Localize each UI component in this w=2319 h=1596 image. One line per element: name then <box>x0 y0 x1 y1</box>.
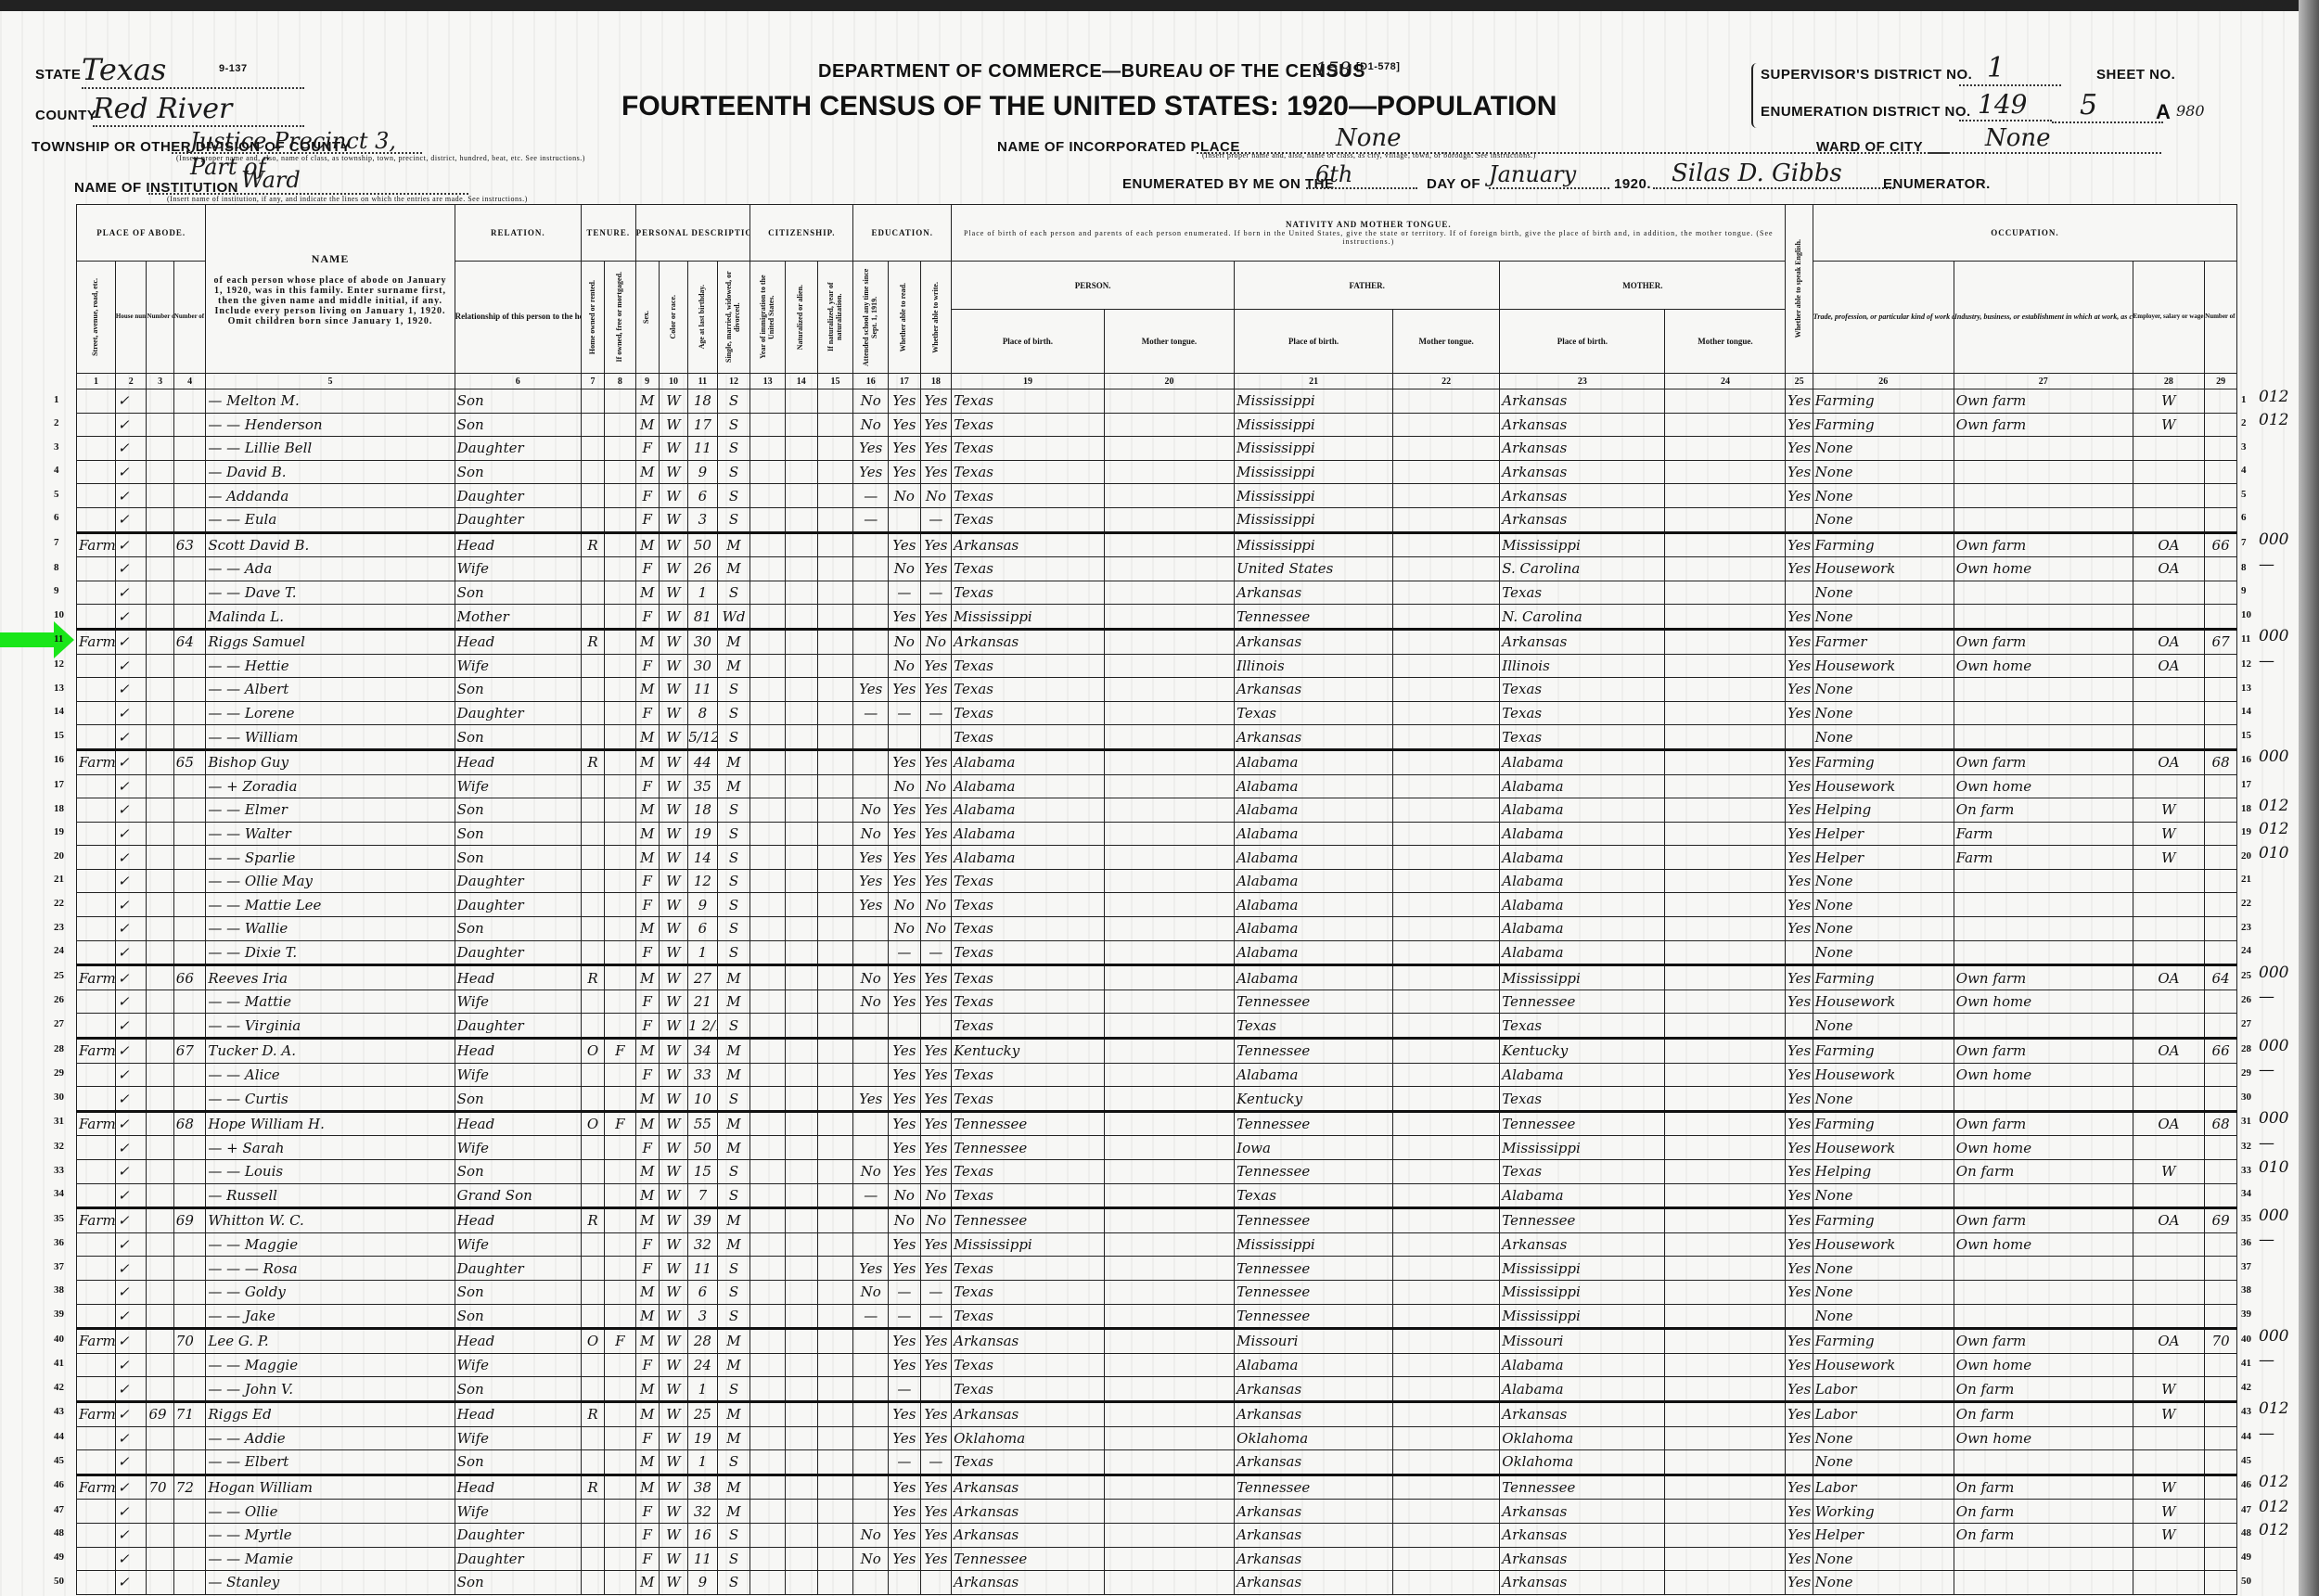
attended-school-cell <box>853 1039 889 1064</box>
naturalized-cell <box>786 1063 818 1087</box>
street-cell <box>77 1377 116 1402</box>
farm-schedule-cell <box>2205 1475 2237 1500</box>
father-tongue-cell <box>1392 629 1499 654</box>
father-birthplace-cell: Illinois <box>1235 654 1393 678</box>
attended-school-cell <box>853 1450 889 1475</box>
naturalized-cell <box>786 869 818 893</box>
mother-mother-tongue-cell <box>1665 725 1786 750</box>
family-number-cell <box>173 389 206 414</box>
naturalized-cell <box>786 437 818 461</box>
father-tongue-cell <box>1392 725 1499 750</box>
home-owned-cell <box>581 1571 604 1595</box>
home-owned-cell <box>581 1500 604 1524</box>
can-read-cell: Yes <box>889 1111 921 1136</box>
speaks-english-cell: Yes <box>1786 846 1813 870</box>
race-cell: W <box>659 701 687 725</box>
row-number-left: 25 <box>54 970 64 981</box>
farm-schedule-cell <box>2205 846 2237 870</box>
stamp-number: 158 <box>1315 57 1351 80</box>
table-row: ✓— — MamieDaughterFW11SNoYesYesTennessee… <box>77 1547 2237 1571</box>
sex-cell: M <box>635 1571 659 1595</box>
immigration-year-cell <box>750 1111 786 1136</box>
mother-mother-tongue-cell <box>1665 774 1786 798</box>
house-number-cell: ✓ <box>115 725 147 750</box>
mother-mother-tongue-cell <box>1665 1547 1786 1571</box>
father-birthplace-cell: Alabama <box>1235 940 1393 965</box>
employer-class-cell <box>2133 1232 2205 1257</box>
can-write-cell: — <box>920 701 952 725</box>
can-write-cell: Yes <box>920 1232 952 1257</box>
immigration-year-cell <box>750 605 786 630</box>
race-cell: W <box>659 557 687 581</box>
farm-schedule-cell <box>2205 990 2237 1014</box>
census-sheet: STATE Texas COUNTY Red River TOWNSHIP OR… <box>0 0 2319 1596</box>
dwelling-number-cell <box>147 846 173 870</box>
father-tongue-cell <box>1392 678 1499 702</box>
dwelling-number-cell <box>147 532 173 557</box>
dwelling-number-cell <box>147 1377 173 1402</box>
row-number-left: 6 <box>54 512 59 523</box>
speaks-english-cell: Yes <box>1786 749 1813 774</box>
row-number-left: 31 <box>54 1116 64 1127</box>
street-cell <box>77 846 116 870</box>
farm-schedule-cell <box>2205 725 2237 750</box>
row-number-left: 38 <box>54 1284 64 1296</box>
father-birthplace-cell: Tennessee <box>1235 1111 1393 1136</box>
street-cell <box>77 507 116 532</box>
sheet-value: 5 <box>2052 89 2163 123</box>
col-1-header: Street, avenue, road, etc. <box>77 262 116 374</box>
race-cell: W <box>659 413 687 437</box>
mother-birthplace-cell: Mississippi <box>1500 1280 1665 1304</box>
industry-cell <box>1954 917 2133 941</box>
house-number-cell: ✓ <box>115 917 147 941</box>
can-write-cell: Yes <box>920 822 952 846</box>
can-write-cell: No <box>920 1183 952 1208</box>
speaks-english-cell: Yes <box>1786 1087 1813 1112</box>
employer-class-cell <box>2133 1063 2205 1087</box>
street-cell <box>77 1136 116 1160</box>
employer-class-cell <box>2133 725 2205 750</box>
can-write-cell: Yes <box>920 1475 952 1500</box>
industry-cell <box>1954 1280 2133 1304</box>
can-write-cell: Yes <box>920 557 952 581</box>
mother-birthplace-cell: N. Carolina <box>1500 605 1665 630</box>
family-number-cell: 66 <box>173 965 206 990</box>
column-number: 13 <box>750 374 786 389</box>
can-write-cell: Yes <box>920 1329 952 1354</box>
can-read-cell: Yes <box>889 990 921 1014</box>
family-number-cell: 63 <box>173 532 206 557</box>
naturalization-year-cell <box>817 484 853 508</box>
free-mortgaged-cell <box>605 1377 636 1402</box>
trade-cell: Labor <box>1813 1401 1954 1426</box>
person-name-cell: Reeves Iria <box>206 965 455 990</box>
speaks-english-cell: Yes <box>1786 1426 1813 1450</box>
immigration-year-cell <box>750 1500 786 1524</box>
industry-cell: On farm <box>1954 1523 2133 1547</box>
farm-schedule-cell <box>2205 1160 2237 1184</box>
speaks-english-cell: Yes <box>1786 389 1813 414</box>
father-birthplace-cell: Arkansas <box>1235 1450 1393 1475</box>
free-mortgaged-cell <box>605 1280 636 1304</box>
row-number-left: 41 <box>54 1358 64 1369</box>
naturalization-year-cell <box>817 1500 853 1524</box>
person-name-cell: — Stanley <box>206 1571 455 1595</box>
mother-mother-tongue-cell <box>1665 822 1786 846</box>
mother-mother-tongue-cell <box>1665 484 1786 508</box>
marital-status-cell: M <box>717 1329 750 1354</box>
free-mortgaged-cell <box>605 917 636 941</box>
col-4-header: Number of family in order of visitation. <box>173 262 206 374</box>
street-cell: Farm <box>77 1475 116 1500</box>
relationship-cell: Son <box>455 1087 581 1112</box>
home-owned-cell <box>581 774 604 798</box>
col-25-header: Whether able to speak English. <box>1786 205 1813 374</box>
row-number-left: 29 <box>54 1067 64 1079</box>
trade-cell: Farming <box>1813 1039 1954 1064</box>
mother-birthplace-cell: Texas <box>1500 1160 1665 1184</box>
table-row: ✓— AddandaDaughterFW6S—NoNoTexasMississi… <box>77 484 2237 508</box>
can-read-cell: Yes <box>889 1160 921 1184</box>
naturalization-year-cell <box>817 507 853 532</box>
free-mortgaged-cell <box>605 990 636 1014</box>
immigration-year-cell <box>750 1087 786 1112</box>
naturalization-year-cell <box>817 940 853 965</box>
birthplace-cell: Arkansas <box>952 629 1105 654</box>
naturalized-cell <box>786 893 818 917</box>
industry-cell <box>1954 678 2133 702</box>
street-cell <box>77 581 116 605</box>
mother-birthplace-cell: Arkansas <box>1500 460 1665 484</box>
trade-cell: Farmer <box>1813 629 1954 654</box>
col-14-header: Naturalized or alien. <box>786 262 818 374</box>
home-owned-cell <box>581 1426 604 1450</box>
column-number: 16 <box>853 374 889 389</box>
sex-cell: M <box>635 1087 659 1112</box>
mother-tongue-cell <box>1104 1500 1234 1524</box>
age-cell: 34 <box>688 1039 717 1064</box>
house-number-cell: ✓ <box>115 654 147 678</box>
relationship-cell: Daughter <box>455 1257 581 1281</box>
free-mortgaged-cell: F <box>605 1039 636 1064</box>
dwelling-number-cell <box>147 1450 173 1475</box>
house-number-cell: ✓ <box>115 965 147 990</box>
attended-school-cell: Yes <box>853 460 889 484</box>
column-number: 19 <box>952 374 1105 389</box>
free-mortgaged-cell <box>605 1232 636 1257</box>
mother-tongue-cell <box>1104 846 1234 870</box>
institution-value: Ward <box>148 167 468 195</box>
column-number: 8 <box>605 374 636 389</box>
can-read-cell: Yes <box>889 1039 921 1064</box>
can-write-cell: — <box>920 1304 952 1329</box>
street-cell <box>77 990 116 1014</box>
industry-cell <box>1954 1257 2133 1281</box>
sex-cell: F <box>635 605 659 630</box>
house-number-cell: ✓ <box>115 1280 147 1304</box>
occupation-code: 012 <box>2259 797 2288 815</box>
naturalization-year-cell <box>817 869 853 893</box>
naturalization-year-cell <box>817 798 853 823</box>
naturalization-year-cell <box>817 1450 853 1475</box>
home-owned-cell <box>581 869 604 893</box>
relationship-cell: Son <box>455 1450 581 1475</box>
street-cell <box>77 822 116 846</box>
document-title: FOURTEENTH CENSUS OF THE UNITED STATES: … <box>621 91 1557 122</box>
age-cell: 12 <box>688 869 717 893</box>
table-row: ✓— — AlbertSonMW11SYesYesYesTexasArkansa… <box>77 678 2237 702</box>
immigration-year-cell <box>750 1160 786 1184</box>
house-number-cell: ✓ <box>115 1063 147 1087</box>
speaks-english-cell: Yes <box>1786 1401 1813 1426</box>
naturalized-cell <box>786 389 818 414</box>
table-row: ✓— — VirginiaDaughterFW1 2/12STexasTexas… <box>77 1014 2237 1039</box>
column-number: 1 <box>77 374 116 389</box>
father-tongue-cell <box>1392 1232 1499 1257</box>
row-number-right: 30 <box>2241 1092 2251 1103</box>
age-cell: 6 <box>688 484 717 508</box>
street-cell <box>77 701 116 725</box>
occupation-code: 000 <box>2259 747 2288 766</box>
street-cell <box>77 1304 116 1329</box>
home-owned-cell: R <box>581 749 604 774</box>
mother-birthplace-cell: Texas <box>1500 1087 1665 1112</box>
father-birthplace-cell: Arkansas <box>1235 678 1393 702</box>
person-name-cell: — — Virginia <box>206 1014 455 1039</box>
immigration-year-cell <box>750 965 786 990</box>
race-cell: W <box>659 1280 687 1304</box>
age-cell: 19 <box>688 1426 717 1450</box>
col-27-header: Industry, business, or establishment in … <box>1954 262 2133 374</box>
column-number: 25 <box>1786 374 1813 389</box>
relationship-cell: Head <box>455 1111 581 1136</box>
free-mortgaged-cell <box>605 678 636 702</box>
employer-class-cell <box>2133 893 2205 917</box>
can-read-cell: Yes <box>889 1475 921 1500</box>
immigration-year-cell <box>750 917 786 941</box>
mother-mother-tongue-cell <box>1665 507 1786 532</box>
mother-birthplace-cell: Texas <box>1500 1014 1665 1039</box>
can-read-cell: Yes <box>889 678 921 702</box>
house-number-cell: ✓ <box>115 990 147 1014</box>
marital-status-cell: M <box>717 1063 750 1087</box>
birthplace-cell: Texas <box>952 654 1105 678</box>
sex-cell: M <box>635 532 659 557</box>
street-cell <box>77 1183 116 1208</box>
naturalization-year-cell <box>817 532 853 557</box>
immigration-year-cell <box>750 1377 786 1402</box>
house-number-cell: ✓ <box>115 507 147 532</box>
house-number-cell: ✓ <box>115 749 147 774</box>
house-number-cell: ✓ <box>115 532 147 557</box>
family-number-cell: 69 <box>173 1208 206 1233</box>
mother-birthplace-cell: Alabama <box>1500 798 1665 823</box>
trade-cell: None <box>1813 869 1954 893</box>
column-number: 10 <box>659 374 687 389</box>
row-number-right: 12 <box>2241 658 2251 670</box>
person-name-cell: — + Zoradia <box>206 774 455 798</box>
father-birthplace-cell: Mississippi <box>1235 532 1393 557</box>
naturalization-year-cell <box>817 774 853 798</box>
naturalized-cell <box>786 1426 818 1450</box>
family-number-cell: 64 <box>173 629 206 654</box>
age-cell: 55 <box>688 1111 717 1136</box>
street-cell <box>77 389 116 414</box>
race-cell: W <box>659 917 687 941</box>
occupation-code: 000 <box>2259 1207 2288 1225</box>
farm-schedule-cell <box>2205 1136 2237 1160</box>
birthplace-cell: Texas <box>952 1063 1105 1087</box>
farm-schedule-cell <box>2205 654 2237 678</box>
mother-mother-tongue-cell <box>1665 1500 1786 1524</box>
mother-mother-tongue-cell <box>1665 413 1786 437</box>
row-number-left: 40 <box>54 1334 64 1345</box>
person-name-cell: — Russell <box>206 1183 455 1208</box>
employer-class-cell: W <box>2133 1475 2205 1500</box>
age-cell: 11 <box>688 678 717 702</box>
occupation-code: 012 <box>2259 1473 2288 1491</box>
free-mortgaged-cell <box>605 1475 636 1500</box>
industry-cell: Own home <box>1954 774 2133 798</box>
naturalization-year-cell <box>817 1571 853 1595</box>
can-write-cell: No <box>920 484 952 508</box>
father-tongue-cell <box>1392 1039 1499 1064</box>
age-cell: 25 <box>688 1401 717 1426</box>
table-row: ✓— — OllieWifeFW32MYesYesArkansasArkansa… <box>77 1500 2237 1524</box>
person-name-cell: — — Ollie May <box>206 869 455 893</box>
birthplace-cell: Tennessee <box>952 1208 1105 1233</box>
row-number-right: 3 <box>2241 441 2247 453</box>
home-owned-cell <box>581 1183 604 1208</box>
relationship-cell: Head <box>455 749 581 774</box>
father-tongue-cell <box>1392 1014 1499 1039</box>
home-owned-cell <box>581 1136 604 1160</box>
speaks-english-cell: Yes <box>1786 654 1813 678</box>
sex-cell: M <box>635 846 659 870</box>
father-tongue-cell <box>1392 1183 1499 1208</box>
sex-cell: F <box>635 940 659 965</box>
age-cell: 32 <box>688 1232 717 1257</box>
father-tongue-cell <box>1392 1353 1499 1377</box>
mother-tongue-cell <box>1104 1257 1234 1281</box>
person-name-cell: — + Sarah <box>206 1136 455 1160</box>
mother-mother-tongue-cell <box>1665 1304 1786 1329</box>
age-cell: 44 <box>688 749 717 774</box>
table-row: ✓— — WallieSonMW6SNoNoTexasAlabamaAlabam… <box>77 917 2237 941</box>
immigration-year-cell <box>750 846 786 870</box>
father-tongue-cell <box>1392 1500 1499 1524</box>
speaks-english-cell: Yes <box>1786 678 1813 702</box>
speaks-english-cell: Yes <box>1786 1183 1813 1208</box>
row-number-left: 39 <box>54 1309 64 1320</box>
can-read-cell: Yes <box>889 1232 921 1257</box>
mother-tongue-cell <box>1104 654 1234 678</box>
home-owned-cell <box>581 1450 604 1475</box>
row-number-left: 2 <box>54 417 59 428</box>
birthplace-cell: Arkansas <box>952 1500 1105 1524</box>
can-read-cell: Yes <box>889 1547 921 1571</box>
industry-cell <box>1954 605 2133 630</box>
person-name-cell: — — Walter <box>206 822 455 846</box>
marital-status-cell: S <box>717 725 750 750</box>
age-cell: 27 <box>688 965 717 990</box>
row-number-right: 26 <box>2241 994 2251 1005</box>
birthplace-cell: Texas <box>952 581 1105 605</box>
row-number-left: 27 <box>54 1018 64 1029</box>
form-code: [D1-578] <box>1356 61 1400 72</box>
trade-cell: Farming <box>1813 965 1954 990</box>
table-row: ✓— RussellGrand SonMW7S—NoNoTexasTexasAl… <box>77 1183 2237 1208</box>
census-table: PLACE OF ABODE. NAMEof each person whose… <box>76 204 2237 1595</box>
person-name-cell: — — Mamie <box>206 1547 455 1571</box>
column-number: 14 <box>786 374 818 389</box>
farm-schedule-cell: 64 <box>2205 965 2237 990</box>
col-15-header: If naturalized, year of naturalization. <box>817 262 853 374</box>
mother-tongue-cell <box>1104 1087 1234 1112</box>
employer-class-cell: OA <box>2133 557 2205 581</box>
naturalization-year-cell <box>817 557 853 581</box>
speaks-english-cell: Yes <box>1786 557 1813 581</box>
can-read-cell: Yes <box>889 822 921 846</box>
father-tongue-cell <box>1392 557 1499 581</box>
marital-status-cell: M <box>717 1401 750 1426</box>
birthplace-cell: Texas <box>952 1160 1105 1184</box>
house-number-cell: ✓ <box>115 460 147 484</box>
farm-schedule-cell <box>2205 774 2237 798</box>
trade-cell: None <box>1813 581 1954 605</box>
industry-cell <box>1954 1547 2133 1571</box>
father-tongue-cell <box>1392 581 1499 605</box>
row-number-left: 17 <box>54 779 64 790</box>
mother-mother-tongue-cell <box>1665 605 1786 630</box>
sex-cell: F <box>635 990 659 1014</box>
occupation-code: 000 <box>2259 1037 2288 1055</box>
mother-tongue-cell <box>1104 990 1234 1014</box>
house-number-cell: ✓ <box>115 1160 147 1184</box>
row-number-left: 12 <box>54 658 64 670</box>
table-row: ✓— — JakeSonMW3S———TexasTennesseeMississ… <box>77 1304 2237 1329</box>
col-17-header: Whether able to read. <box>889 262 921 374</box>
farm-schedule-cell <box>2205 1257 2237 1281</box>
home-owned-cell <box>581 389 604 414</box>
father-birthplace-cell: Alabama <box>1235 774 1393 798</box>
house-number-cell: ✓ <box>115 1111 147 1136</box>
family-number-cell <box>173 774 206 798</box>
trade-cell: None <box>1813 1257 1954 1281</box>
birthplace-cell: Texas <box>952 557 1105 581</box>
trade-cell: Housework <box>1813 990 1954 1014</box>
marital-status-cell: S <box>717 1280 750 1304</box>
mother-mother-tongue-cell <box>1665 581 1786 605</box>
employer-class-cell: W <box>2133 798 2205 823</box>
industry-cell: On farm <box>1954 1401 2133 1426</box>
attended-school-cell <box>853 1136 889 1160</box>
mother-birthplace-cell: Mississippi <box>1500 532 1665 557</box>
mother-birthplace-cell: Arkansas <box>1500 629 1665 654</box>
can-read-cell: No <box>889 774 921 798</box>
father-birthplace-cell: Tennessee <box>1235 1039 1393 1064</box>
naturalized-cell <box>786 774 818 798</box>
mother-mother-tongue-cell <box>1665 893 1786 917</box>
mother-birthplace-cell: Arkansas <box>1500 1571 1665 1595</box>
race-cell: W <box>659 893 687 917</box>
race-cell: W <box>659 1063 687 1087</box>
row-number-left: 4 <box>54 465 59 476</box>
sex-cell: M <box>635 1208 659 1233</box>
row-number-right: 19 <box>2241 826 2251 837</box>
dwelling-number-cell <box>147 869 173 893</box>
